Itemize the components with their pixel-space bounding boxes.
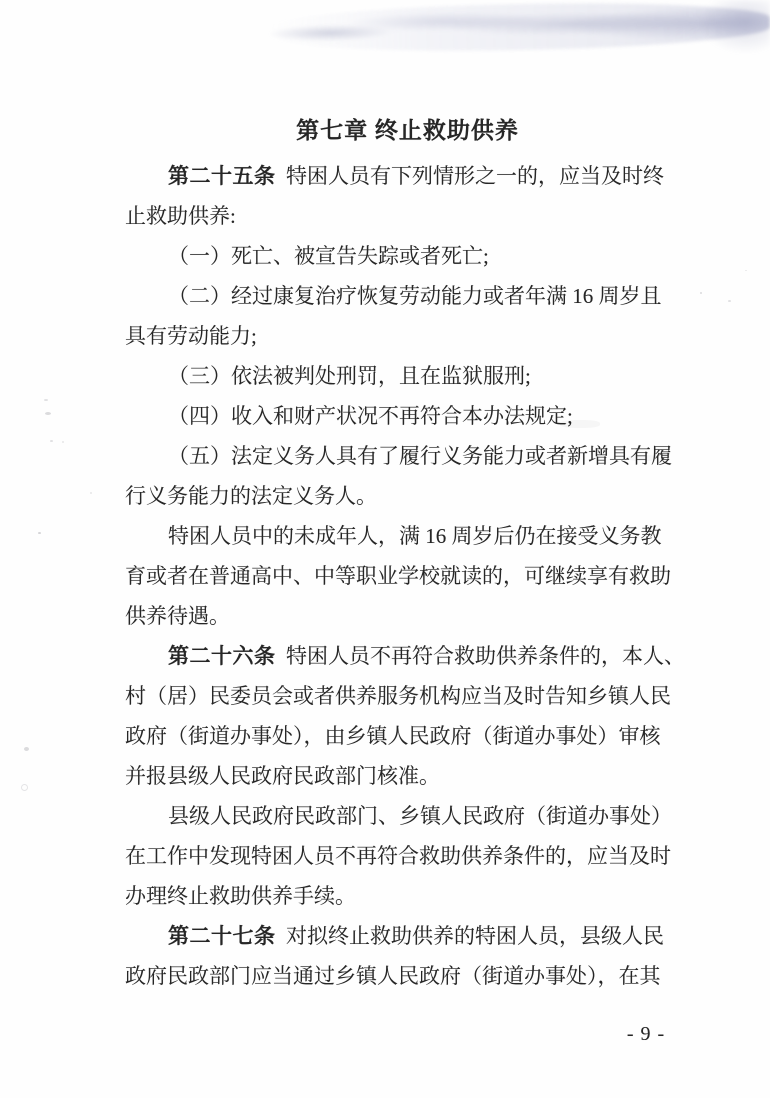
scan-speck xyxy=(24,747,29,751)
scan-speck xyxy=(21,784,28,791)
text-line: 第二十七条对拟终止救助供养的特困人员，县级人民 xyxy=(125,916,705,956)
text-line: 育或者在普通高中、中等职业学校就读的，可继续享有救助 xyxy=(125,556,705,596)
chapter-title: 第七章 终止救助供养 xyxy=(125,116,690,146)
text-line: 止救助供养: xyxy=(125,196,705,236)
article-number: 第二十五条 xyxy=(168,164,276,188)
scan-speck xyxy=(728,300,731,302)
text-line: （三）依法被判处刑罚，且在监狱服刑; xyxy=(125,356,705,396)
text-line: 办理终止救助供养手续。 xyxy=(125,876,705,916)
page-number: - 9 - xyxy=(606,1021,686,1047)
scan-speck xyxy=(45,412,51,415)
scan-speck xyxy=(90,492,92,494)
text-line: 并报县级人民政府民政部门核准。 xyxy=(125,756,705,796)
scan-speck xyxy=(38,532,41,534)
text-line: （五）法定义务人具有了履行义务能力或者新增具有履 xyxy=(125,436,705,476)
text-line: （四）收入和财产状况不再符合本办法规定; xyxy=(125,396,705,436)
text-line: 政府民政部门应当通过乡镇人民政府（街道办事处），在其 xyxy=(125,956,705,996)
text-line: 第二十六条特困人员不再符合救助供养条件的，本人、 xyxy=(125,636,705,676)
scan-speck xyxy=(745,270,747,271)
scan-speck xyxy=(62,441,64,443)
text-line: 供养待遇。 xyxy=(125,596,705,636)
text-line: 县级人民政府民政部门、乡镇人民政府（街道办事处） xyxy=(125,796,705,836)
text-line: 第二十五条特困人员有下列情形之一的，应当及时终 xyxy=(125,156,705,196)
text-line: 政府（街道办事处），由乡镇人民政府（街道办事处）审核 xyxy=(125,716,705,756)
text-line: （一）死亡、被宣告失踪或者死亡; xyxy=(125,236,705,276)
text-line: （二）经过康复治疗恢复劳动能力或者年满 16 周岁且 xyxy=(125,276,705,316)
text-line: 村（居）民委员会或者供养服务机构应当及时告知乡镇人民 xyxy=(125,676,705,716)
scan-noise-corner xyxy=(688,0,770,74)
body-text: 第二十五条特困人员有下列情形之一的，应当及时终止救助供养:（一）死亡、被宣告失踪… xyxy=(125,156,705,996)
text-line: 行义务能力的法定义务人。 xyxy=(125,476,705,516)
article-number: 第二十七条 xyxy=(168,924,276,948)
article-number: 第二十六条 xyxy=(168,644,276,668)
scan-speck xyxy=(50,440,53,442)
document-page: 第七章 终止救助供养 第二十五条特困人员有下列情形之一的，应当及时终止救助供养:… xyxy=(0,0,770,1098)
text-line: 在工作中发现特困人员不再符合救助供养条件的，应当及时 xyxy=(125,836,705,876)
text-line: 具有劳动能力; xyxy=(125,316,705,356)
scan-speck xyxy=(44,399,48,401)
text-line: 特困人员中的未成年人，满 16 周岁后仍在接受义务教 xyxy=(125,516,705,556)
